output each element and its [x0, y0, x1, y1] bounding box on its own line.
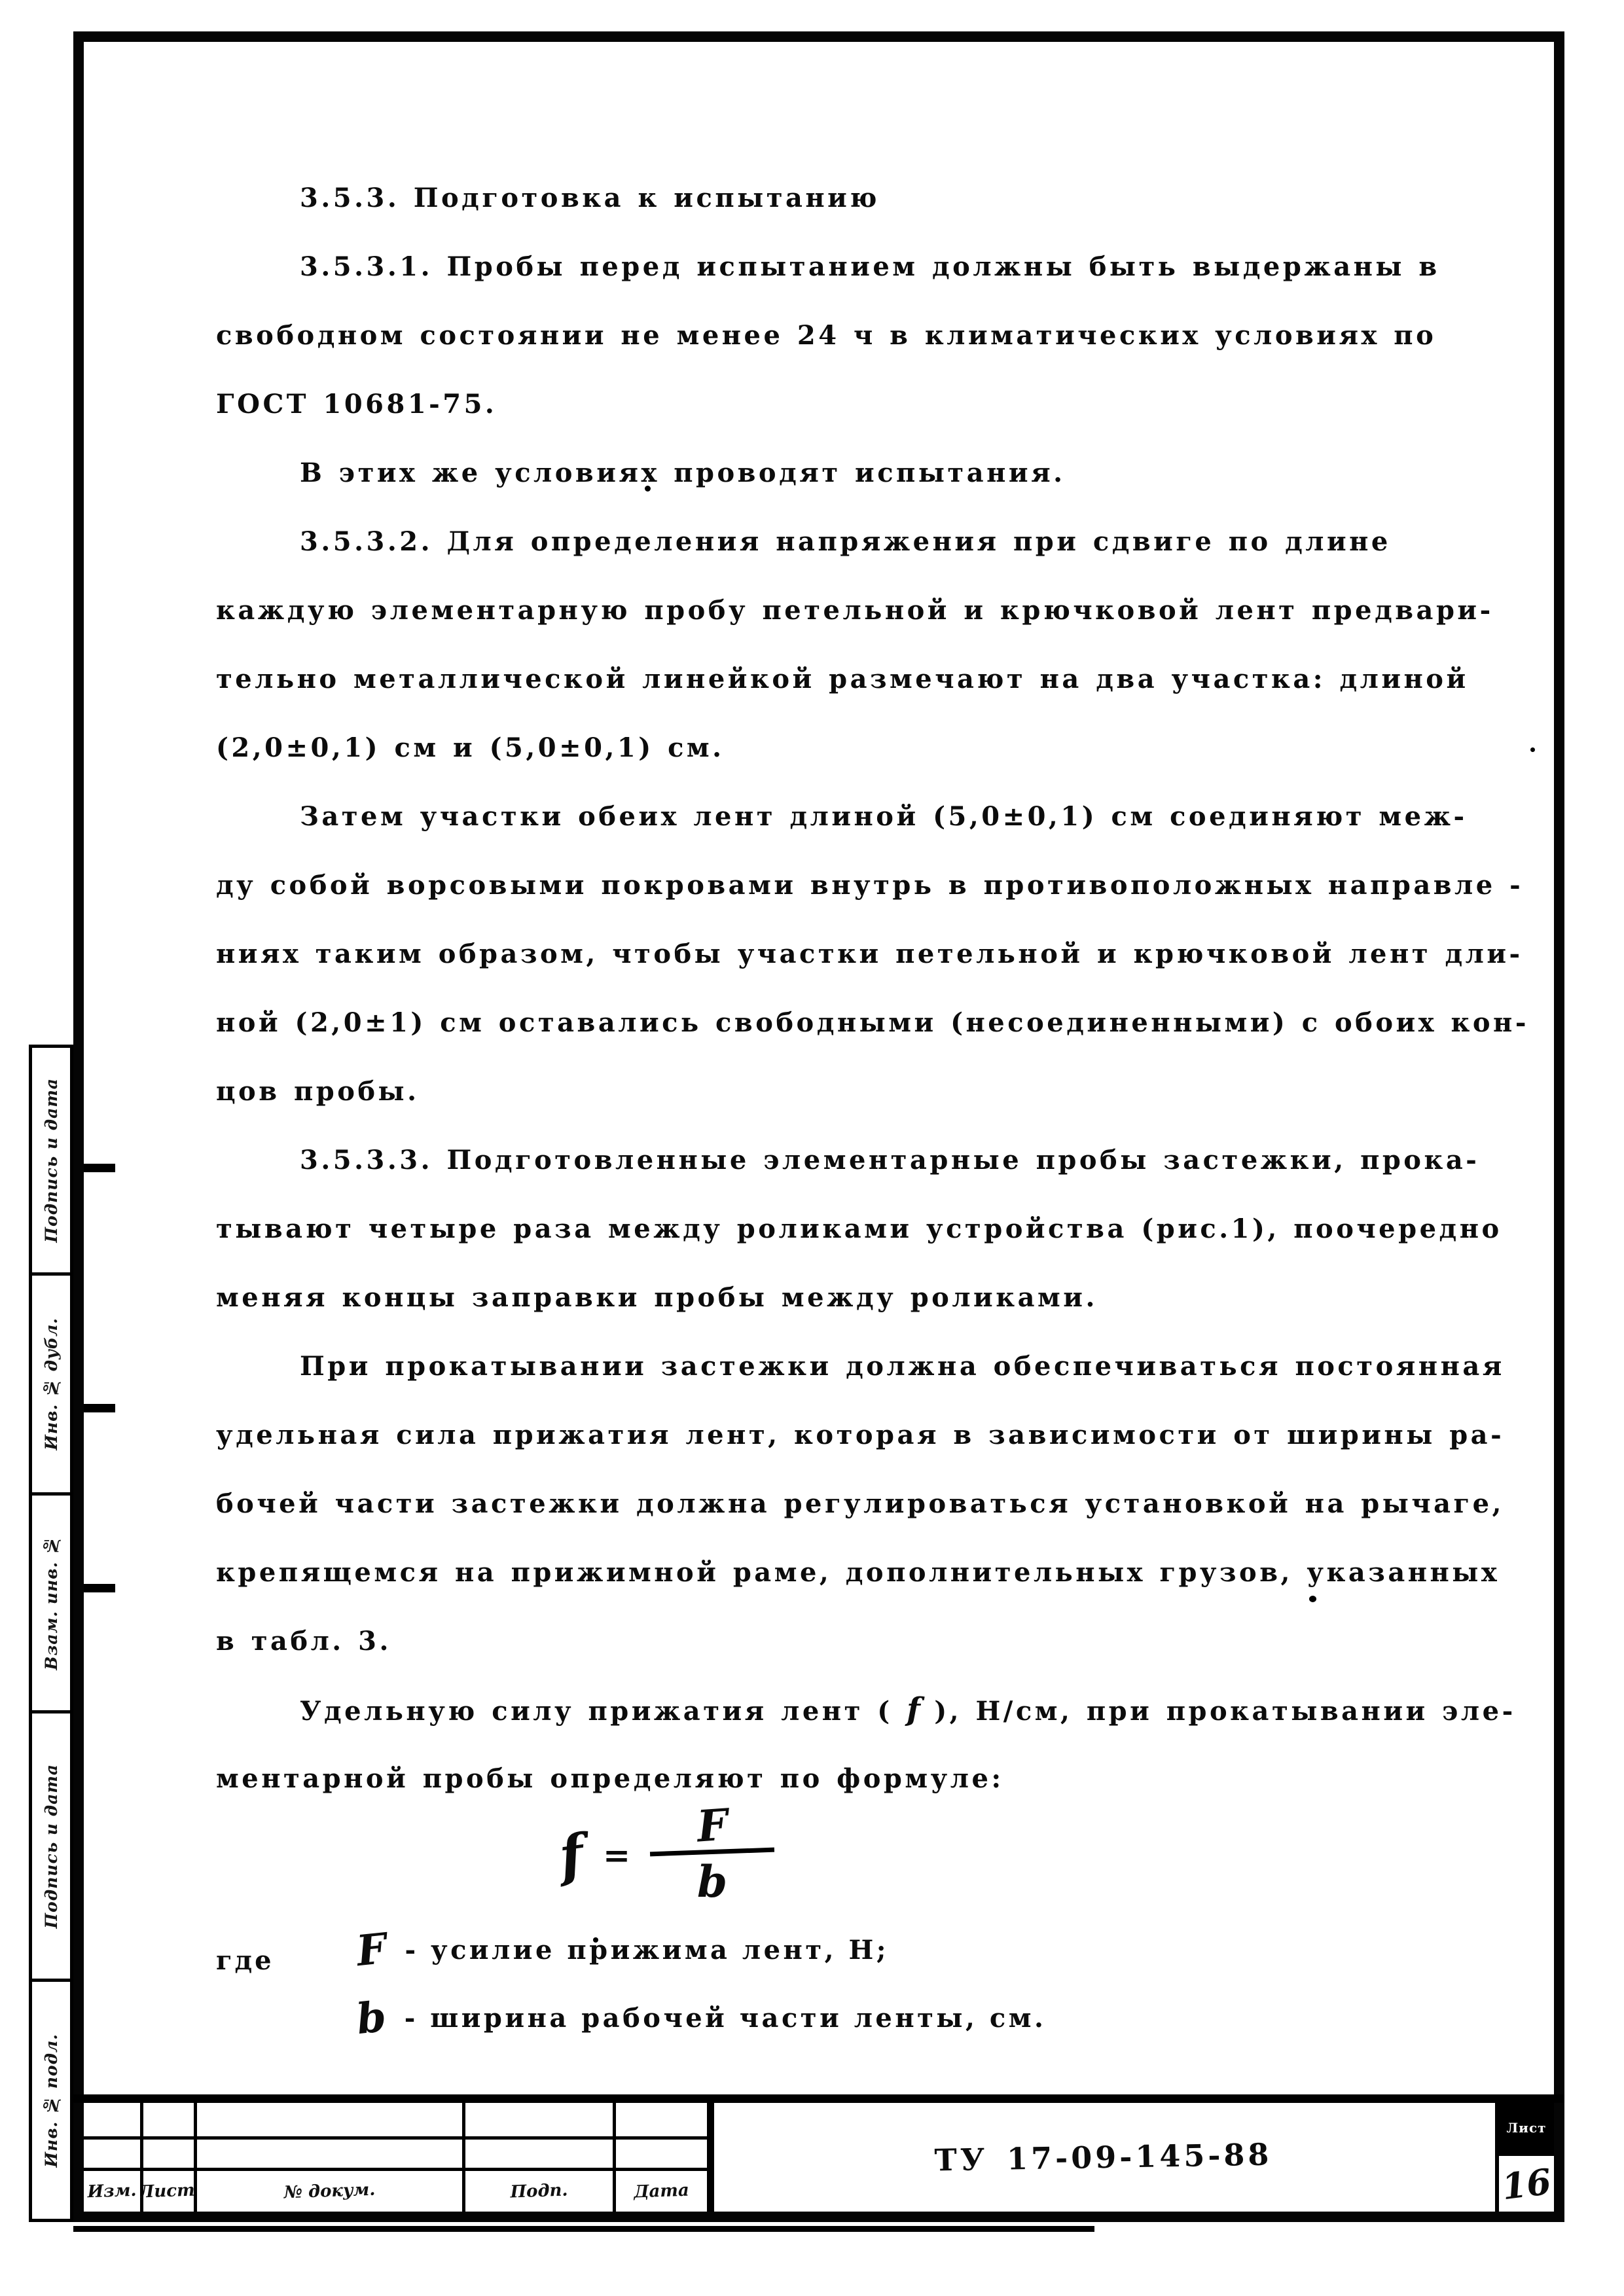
- sidebar-cell-sign-date: Подпись и дата: [32, 1048, 70, 1276]
- text-line: ниях таким образом, чтобы участки петель…: [216, 920, 1545, 988]
- symbol-description: - ширина рабочей части ленты, см.: [405, 2003, 1047, 2034]
- noise-speck: [1530, 747, 1535, 752]
- line-prefix: Удельную силу прижатия лент (: [300, 1696, 907, 1727]
- text-line: 3.5.3.1. Пробы перед испытанием должны б…: [216, 232, 1545, 301]
- titleblock-col-data: Дата: [615, 2170, 708, 2214]
- formula: f = F b: [560, 1801, 774, 1909]
- specific-force-symbol: f: [907, 1691, 920, 1728]
- text-line: При прокатывании застежки должна обеспеч…: [216, 1332, 1545, 1401]
- text-line: 3.5.3.2. Для определения напряжения при …: [216, 507, 1545, 576]
- text-line: бочей части застежки должна регулировать…: [216, 1469, 1545, 1538]
- formula-equals: =: [603, 1836, 630, 1874]
- document-body: 3.5.3. Подготовка к испытанию 3.5.3.1. П…: [216, 164, 1545, 1813]
- fold-tick: [84, 1584, 115, 1592]
- text-line: удельная сила прижатия лент, которая в з…: [216, 1401, 1545, 1469]
- where-keyword: где: [216, 1945, 274, 1976]
- sidebar-cell-label: Инв. № дубл.: [42, 1318, 61, 1450]
- sidebar-cell-vzam-inv: Взам. инв. №: [32, 1496, 70, 1713]
- sidebar-cell-label: Подпись и дата: [42, 1764, 61, 1929]
- fold-tick: [84, 1164, 115, 1172]
- scanned-document-page: 3.5.3. Подготовка к испытанию 3.5.3.1. П…: [0, 0, 1624, 2296]
- force-symbol: F: [354, 1924, 389, 1976]
- line-suffix: ), Н/см, при прокатывании эле-: [920, 1696, 1516, 1727]
- where-row: F - усилие прижима лент, Н;: [357, 1926, 889, 1975]
- titleblock-col-podp: Подп.: [465, 2168, 613, 2214]
- sidebar-cell-inv-dupl: Инв. № дубл.: [32, 1276, 70, 1496]
- text-line: 3.5.3.3. Подготовленные элементарные про…: [216, 1126, 1545, 1194]
- noise-speck: [593, 1937, 598, 1943]
- titleblock-col-izm: Изм.: [83, 2170, 141, 2213]
- text-line: в табл. 3.: [216, 1607, 1545, 1676]
- fold-tick: [84, 1404, 115, 1412]
- text-line: тельно металлической линейкой размечают …: [216, 645, 1545, 713]
- text-line: крепящемся на прижимной раме, дополнител…: [216, 1538, 1545, 1607]
- text-line: меняя концы заправки пробы между роликам…: [216, 1263, 1545, 1332]
- where-row: b - ширина рабочей части ленты, см.: [357, 1994, 1046, 2043]
- text-line: каждую элементарную пробу петельной и кр…: [216, 576, 1545, 645]
- text-line: 3.5.3. Подготовка к испытанию: [216, 164, 1545, 232]
- sidebar-cell-label: Подпись и дата: [42, 1078, 61, 1243]
- text-line: цов пробы.: [216, 1057, 1545, 1126]
- noise-speck: [1309, 1596, 1316, 1602]
- width-symbol: b: [354, 1992, 388, 2044]
- margin-stamp-column: Подпись и дата Инв. № дубл. Взам. инв. №…: [29, 1045, 73, 2222]
- formula-numerator: F: [673, 1799, 751, 1852]
- sidebar-cell-inv-podl: Инв. № подл.: [32, 1982, 70, 2219]
- document-number: ТУ 17-09-145-88: [713, 2096, 1494, 2219]
- text-line: ду собой ворсовыми покровами внутрь в пр…: [216, 851, 1545, 920]
- text-line: В этих же условиях проводят испытания.: [216, 439, 1545, 507]
- noise-speck: [645, 486, 651, 492]
- formula-lhs: f: [555, 1821, 588, 1889]
- formula-denominator: b: [697, 1854, 727, 1909]
- sidebar-cell-label: Взам. инв. №: [42, 1535, 61, 1670]
- sheet-number: 16: [1496, 2153, 1557, 2215]
- text-line: ментарной пробы определяют по формуле:: [216, 1744, 1545, 1813]
- text-line-with-symbol: Удельную силу прижатия лент ( f ), Н/см,…: [216, 1676, 1545, 1744]
- sidebar-cell-label: Инв. № подл.: [42, 2034, 61, 2168]
- scan-artifact: [73, 2226, 1094, 2232]
- titleblock-grid-line: [84, 2136, 707, 2140]
- sidebar-cell-sign-date-2: Подпись и дата: [32, 1713, 70, 1982]
- formula-fraction: F b: [650, 1801, 774, 1909]
- sheet-label-cell: Лист: [1499, 2103, 1554, 2153]
- titleblock-col-list: Лист: [139, 2170, 194, 2213]
- symbol-description: - усилие прижима лент, Н;: [405, 1935, 889, 1965]
- text-line: свободном состоянии не менее 24 ч в клим…: [216, 301, 1545, 370]
- text-line: ной (2,0±1) см оставались свободными (не…: [216, 988, 1545, 1057]
- text-line: (2,0±0,1) см и (5,0±0,1) см.: [216, 713, 1545, 782]
- text-line: ГОСТ 10681-75.: [216, 370, 1545, 439]
- text-line: Затем участки обеих лент длиной (5,0±0,1…: [216, 782, 1545, 851]
- text-line: тывают четыре раза между роликами устрой…: [216, 1194, 1545, 1263]
